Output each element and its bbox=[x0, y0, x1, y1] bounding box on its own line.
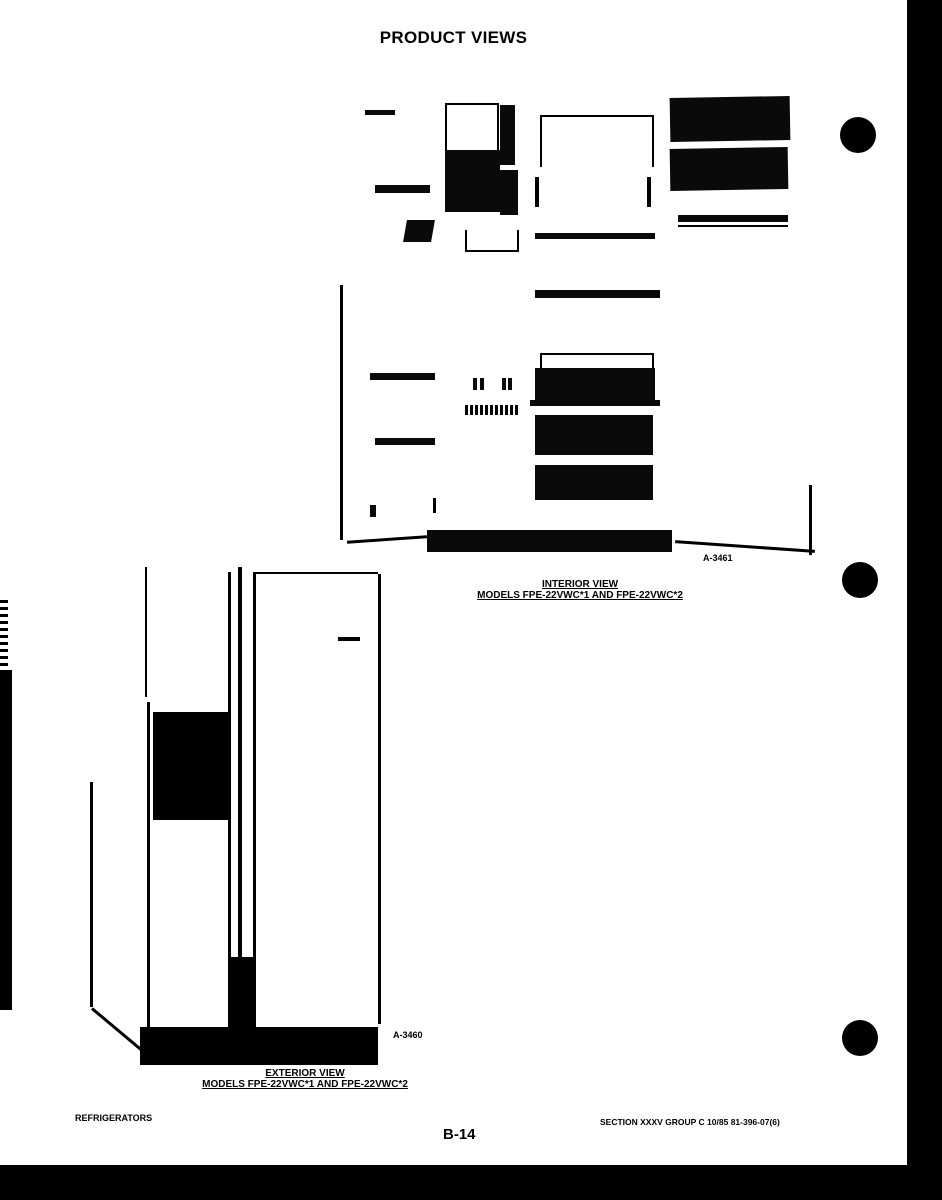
interior-view-caption: INTERIOR VIEW MODELS FPE-22VWC*1 AND FPE… bbox=[440, 579, 720, 601]
footer-section-info: SECTION XXXV GROUP C 10/85 81-396-07(6) bbox=[600, 1117, 780, 1127]
exterior-view-illustration bbox=[80, 562, 400, 1072]
caption-models: MODELS FPE-22VWC*1 AND FPE-22VWC*2 bbox=[440, 590, 720, 601]
caption-title: EXTERIOR VIEW bbox=[160, 1068, 450, 1079]
punch-hole-icon bbox=[840, 117, 876, 153]
punch-hole-icon bbox=[842, 1020, 878, 1056]
scan-edge-artifact bbox=[0, 670, 12, 1010]
caption-models: MODELS FPE-22VWC*1 AND FPE-22VWC*2 bbox=[160, 1079, 450, 1090]
scan-edge-artifact bbox=[0, 600, 8, 670]
punch-hole-icon bbox=[842, 562, 878, 598]
footer-category: REFRIGERATORS bbox=[75, 1113, 152, 1123]
exterior-view-caption: EXTERIOR VIEW MODELS FPE-22VWC*1 AND FPE… bbox=[160, 1068, 450, 1090]
interior-view-illustration bbox=[335, 75, 815, 560]
caption-title: INTERIOR VIEW bbox=[440, 579, 720, 590]
page-number: B-14 bbox=[443, 1126, 476, 1143]
page-title: PRODUCT VIEWS bbox=[0, 28, 907, 48]
figure-id: A-3460 bbox=[393, 1030, 423, 1040]
document-page: PRODUCT VIEWS bbox=[0, 0, 907, 1165]
figure-id: A-3461 bbox=[703, 553, 733, 563]
